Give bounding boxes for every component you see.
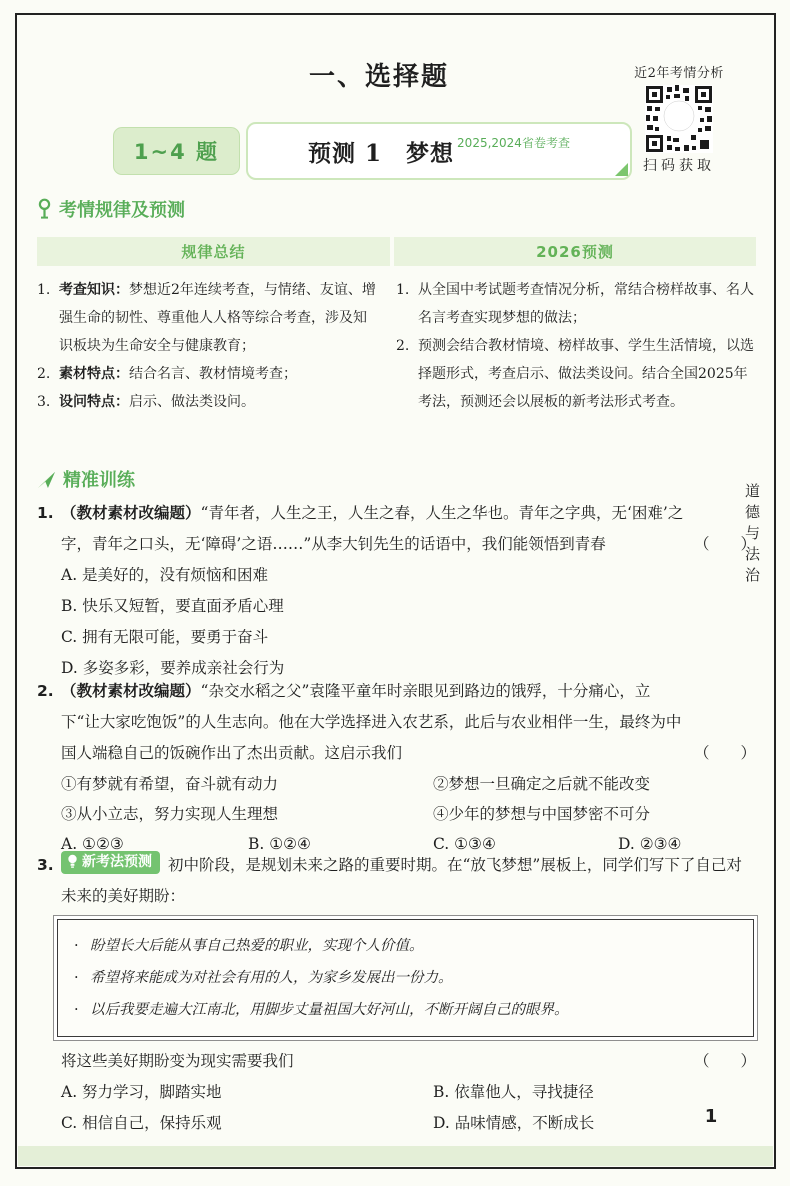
hope-item: · 以后我要走遍大江南北，用脚步丈量祖国大好河山，不断开阔自己的眼界。	[74, 994, 737, 1026]
prediction-title-banner: 预测 1 梦想 2025,2024省卷考查	[246, 122, 632, 180]
analysis-right-column: 1. 从全国中考试题考查情况分析，常结合榜样故事、名人名言考查实现梦想的做法； …	[390, 276, 756, 416]
statement-4: ④少年的梦想与中国梦密不可分	[433, 799, 756, 829]
analysis-right-header: 2026预测	[394, 237, 756, 266]
bullet-dot: ·	[74, 994, 90, 1026]
question-tag: （教材素材改编题）	[61, 504, 201, 522]
question-3: 3. 新考法预测 初中阶段，是规划未来之路的重要时期。在“放飞梦想”展板上，同学…	[37, 850, 756, 1139]
question-stem: 新考法预测 初中阶段，是规划未来之路的重要时期。在“放飞梦想”展板上，同学们写下…	[61, 850, 756, 912]
question-stem: （教材素材改编题）“青年者，人生之王，人生之春，人生之华也。青年之字典，无‘困难…	[61, 498, 688, 560]
question-stem: （教材素材改编题）“杂交水稻之父”袁隆平童年时亲眼见到路边的饿殍，十分痛心，立下…	[61, 676, 688, 769]
option-a: A. 努力学习，脚踏实地	[61, 1077, 433, 1108]
statement-2: ②梦想一旦确定之后就不能改变	[433, 769, 756, 799]
list-item: 1. 考查知识：梦想近2年连续考查，与情绪、友谊、增强生命的韧性、尊重他人人格等…	[37, 276, 380, 360]
new-method-badge: 新考法预测	[61, 851, 160, 874]
folded-corner-icon	[615, 163, 628, 176]
answer-bracket: （ ）	[688, 1046, 756, 1077]
option-row: A. 努力学习，脚踏实地 B. 依靠他人，寻找捷径 C. 相信自己，保持乐观 D…	[61, 1077, 756, 1139]
hope-item: · 盼望长大后能从事自己热爱的职业，实现个人价值。	[74, 930, 737, 962]
statement-grid: ①有梦就有希望，奋斗就有动力 ②梦想一旦确定之后就不能改变 ③从小立志，努力实现…	[61, 769, 756, 829]
answer-bracket: （ ）	[688, 738, 756, 769]
statement-3: ③从小立志，努力实现人生理想	[61, 799, 433, 829]
list-item: 2. 素材特点：结合名言、教材情境考查；	[37, 360, 380, 388]
question-number: 1.	[37, 498, 61, 684]
analysis-left-column: 1. 考查知识：梦想近2年连续考查，与情绪、友谊、增强生命的韧性、尊重他人人格等…	[37, 276, 390, 416]
follow-up-stem: 将这些美好期盼变为现实需要我们	[61, 1046, 688, 1077]
bulb-icon	[67, 854, 78, 869]
bullet-dot: ·	[74, 930, 90, 962]
hope-display-box: · 盼望长大后能从事自己热爱的职业，实现个人价值。 · 希望将来能成为对社会有用…	[57, 919, 754, 1037]
question-number: 2.	[37, 676, 61, 859]
training-section-heading: 精准训练	[37, 466, 135, 492]
training-heading-label: 精准训练	[63, 466, 135, 492]
prediction-superscript: 2025,2024省卷考查	[457, 134, 570, 151]
option-b: B. 依靠他人，寻找捷径	[433, 1077, 756, 1108]
qr-bottom-label: 扫码获取	[624, 155, 734, 175]
question-2: 2. （教材素材改编题）“杂交水稻之父”袁隆平童年时亲眼见到路边的饿殍，十分痛心…	[37, 676, 756, 859]
analysis-left-header: 规律总结	[37, 237, 390, 266]
qr-code-icon[interactable]	[645, 85, 713, 153]
analysis-section-heading: 考情规律及预测	[37, 196, 185, 222]
question-1: 1. （教材素材改编题）“青年者，人生之王，人生之春，人生之华也。青年之字典，无…	[37, 498, 756, 684]
question-range-badge: 1~4 题	[113, 127, 240, 175]
option-c: C. 相信自己，保持乐观	[61, 1108, 433, 1139]
hope-item: · 希望将来能成为对社会有用的人，为家乡发展出一份力。	[74, 962, 737, 994]
option-c: C. 拥有无限可能，要勇于奋斗	[61, 622, 756, 653]
analysis-heading-label: 考情规律及预测	[59, 196, 185, 222]
analysis-table-header: 规律总结 2026预测	[37, 237, 756, 266]
analysis-table: 规律总结 2026预测 1. 考查知识：梦想近2年连续考查，与情绪、友谊、增强生…	[37, 237, 756, 416]
question-tag: （教材素材改编题）	[61, 682, 201, 700]
bullet-dot: ·	[74, 962, 90, 994]
prediction-title: 预测 1 梦想	[308, 135, 454, 168]
list-item: 2. 预测会结合教材情境、榜样故事、学生生活情境，以选择题形式，考查启示、做法类…	[396, 332, 756, 416]
answer-bracket: （ ）	[688, 529, 756, 560]
option-a: A. 是美好的，没有烦恼和困难	[61, 560, 756, 591]
option-b: B. 快乐又短暂，要直面矛盾心理	[61, 591, 756, 622]
list-item: 3. 设问特点：启示、做法类设问。	[37, 388, 380, 416]
list-item: 1. 从全国中考试题考查情况分析，常结合榜样故事、名人名言考查实现梦想的做法；	[396, 276, 756, 332]
qr-top-label: 近2年考情分析	[624, 62, 734, 81]
option-d: D. 品味情感，不断成长	[433, 1108, 756, 1139]
statement-1: ①有梦就有希望，奋斗就有动力	[61, 769, 433, 799]
bottom-green-band	[18, 1146, 773, 1166]
dart-icon	[37, 470, 56, 489]
pin-icon	[37, 198, 52, 220]
qr-block: 近2年考情分析 扫码获取	[624, 62, 734, 175]
